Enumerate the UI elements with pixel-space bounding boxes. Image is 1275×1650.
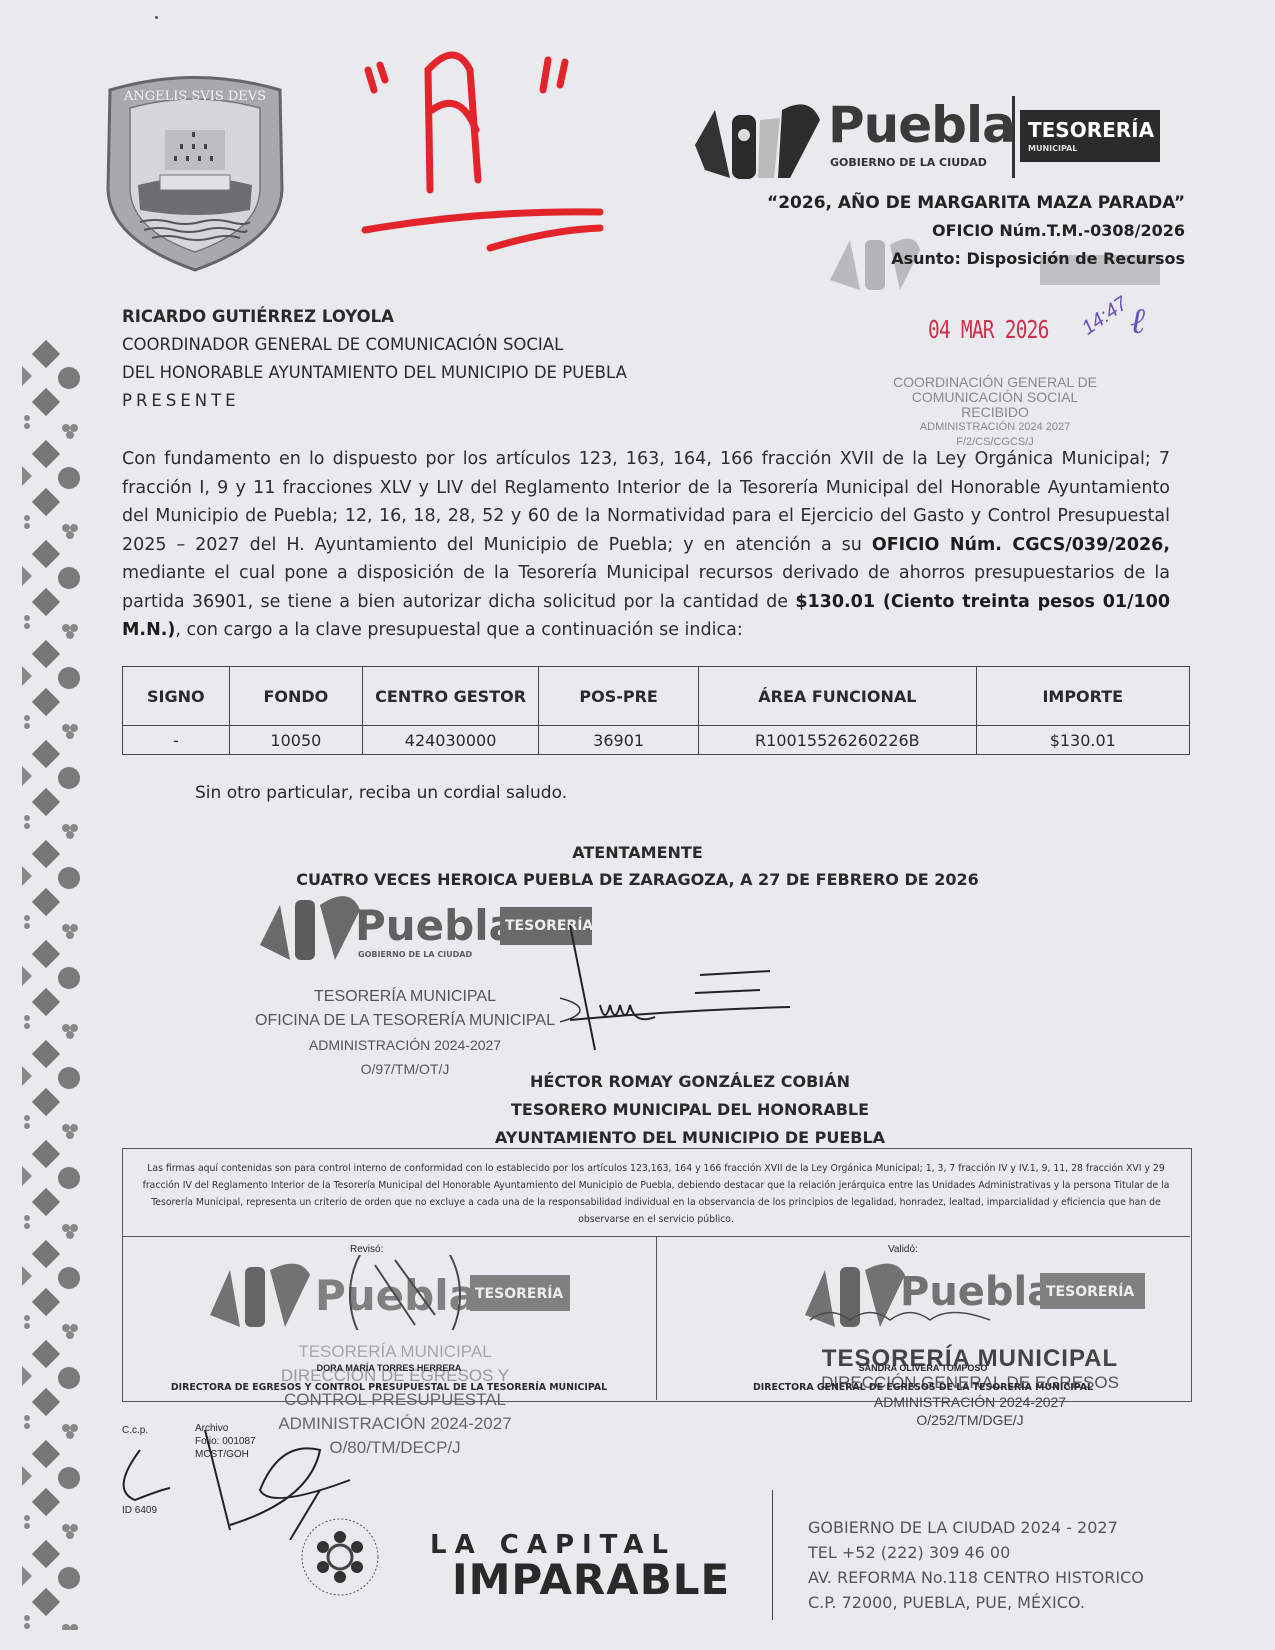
oficio-number: OFICIO Núm.T.M.-0308/2026: [932, 221, 1185, 240]
col-fondo: FONDO: [229, 667, 362, 726]
handwritten-a-mark: [360, 50, 610, 270]
received-stamp-line3: RECIBIDO: [870, 405, 1120, 420]
validator-stamp-line3: ADMINISTRACIÓN 2024-2027: [800, 1393, 1140, 1411]
col-importe: IMPORTE: [976, 667, 1189, 726]
body-text-part3: , con cargo a la clave presupuestal que …: [175, 620, 742, 640]
svg-text:Puebla: Puebla: [900, 1269, 1054, 1315]
decorative-border-pattern: [22, 340, 84, 1630]
scan-speck: [155, 16, 158, 19]
puebla-tesoreria-logo: Puebla GOBIERNO DE LA CIUDAD TESORERÍA M…: [690, 90, 1160, 182]
cell-pos-pre: 36901: [539, 726, 699, 755]
validator-stamp-logo: Puebla TESORERÍA: [800, 1255, 1150, 1330]
reviewer-stamp-line1: TESORERÍA MUNICIPAL: [255, 1340, 535, 1364]
svg-text:TESORERÍA: TESORERÍA: [475, 1285, 563, 1302]
cell-importe: $130.01: [976, 726, 1189, 755]
logo-city-name: Puebla: [828, 96, 1015, 154]
atentamente-label: ATENTAMENTE: [0, 843, 1275, 862]
col-area-funcional: ÁREA FUNCIONAL: [699, 667, 976, 726]
svg-text:GOBIERNO DE LA CIUDAD: GOBIERNO DE LA CIUDAD: [358, 950, 472, 959]
col-pos-pre: POS-PRE: [539, 667, 699, 726]
validator-stamp-line4: O/252/TM/DGE/J: [800, 1411, 1140, 1429]
reviewer-name: DORA MARÍA TORRES HERRERA: [122, 1363, 656, 1373]
city-icon-logo-mark: [690, 90, 825, 182]
footer-postal-code: C.P. 72000, PUEBLA, PUE, MÉXICO.: [808, 1590, 1144, 1615]
slogan-bottom: IMPARABLE: [452, 1555, 730, 1604]
treasury-office-seal: TESORERÍA MUNICIPAL OFICINA DE LA TESORE…: [255, 985, 555, 1081]
tesoreria-badge-title: TESORERÍA: [1020, 110, 1160, 142]
footer-contact: GOBIERNO DE LA CIUDAD 2024 - 2027 TEL +5…: [808, 1515, 1144, 1615]
year-motto: “2026, AÑO DE MARGARITA MAZA PARADA”: [767, 193, 1185, 213]
recipient-title-line2: DEL HONORABLE AYUNTAMIENTO DEL MUNICIPIO…: [122, 359, 627, 387]
svg-text:TESORERÍA: TESORERÍA: [1046, 1283, 1134, 1300]
recipient-present: PRESENTE: [122, 387, 627, 415]
footer-phone: TEL +52 (222) 309 46 00: [808, 1540, 1144, 1565]
footer-address: AV. REFORMA No.118 CENTRO HISTORICO: [808, 1565, 1144, 1590]
footer-divider: [772, 1490, 773, 1620]
footer-government: GOBIERNO DE LA CIUDAD 2024 - 2027: [808, 1515, 1144, 1540]
equality-certification-seal: [298, 1515, 382, 1599]
received-date-stamp: 04 MAR 2026: [928, 315, 1049, 344]
recipient-title-line1: COORDINADOR GENERAL DE COMUNICACIÓN SOCI…: [122, 331, 627, 359]
validator-role: DIRECTORA GENERAL DE EGRESOS DE LA TESOR…: [656, 1382, 1190, 1393]
logo-city-subtitle: GOBIERNO DE LA CIUDAD: [830, 156, 987, 169]
logo-divider: [1012, 96, 1015, 178]
cell-area-funcional: R10015526260226B: [699, 726, 976, 755]
cell-centro-gestor: 424030000: [363, 726, 539, 755]
recipient-block: RICARDO GUTIÉRREZ LOYOLA COORDINADOR GEN…: [122, 303, 627, 415]
col-signo: SIGNO: [123, 667, 230, 726]
legal-disclaimer: Las firmas aquí contenidas son para cont…: [132, 1160, 1180, 1228]
tesoreria-badge-subtitle: MUNICIPAL: [1020, 142, 1160, 153]
received-stamp-line4: ADMINISTRACIÓN 2024 2027: [870, 420, 1120, 435]
body-paragraph: Con fundamento en lo dispuesto por los a…: [122, 445, 1170, 645]
reviewed-by-label: Revisó:: [350, 1244, 383, 1255]
reviewer-role: DIRECTORA DE EGRESOS Y CONTROL PRESUPUES…: [122, 1382, 656, 1393]
col-centro-gestor: CENTRO GESTOR: [363, 667, 539, 726]
signer-block: HÉCTOR ROMAY GONZÁLEZ COBIÁN TESORERO MU…: [420, 1068, 960, 1152]
review-column-divider: [656, 1236, 657, 1400]
signer-title-line1: TESORERO MUNICIPAL DEL HONORABLE: [420, 1096, 960, 1124]
referenced-oficio: OFICIO Núm. CGCS/039/2026,: [872, 535, 1170, 555]
received-stamp-line1: COORDINACIÓN GENERAL DE: [870, 375, 1120, 390]
treasury-stamp-logo: Puebla GOBIERNO DE LA CIUDAD TESORERÍA: [255, 885, 595, 965]
subject-line: Asunto: Disposición de Recursos: [891, 249, 1185, 268]
budget-key-table: SIGNO FONDO CENTRO GESTOR POS-PRE ÁREA F…: [122, 666, 1190, 755]
tesoreria-badge: TESORERÍA MUNICIPAL: [1020, 110, 1160, 162]
received-stamp: COORDINACIÓN GENERAL DE COMUNICACIÓN SOC…: [870, 375, 1120, 450]
handwritten-initial: ℓ: [1130, 300, 1145, 342]
table-header-row: SIGNO FONDO CENTRO GESTOR POS-PRE ÁREA F…: [123, 667, 1190, 726]
handwritten-initials: [110, 1430, 470, 1540]
document-page: { "header": { "logo_city": "Puebla", "lo…: [0, 0, 1275, 1650]
treasury-seal-line2: OFICINA DE LA TESORERÍA MUNICIPAL: [255, 1009, 555, 1033]
reviewer-stamp-logo: Puebla TESORERÍA: [205, 1255, 575, 1330]
recipient-name: RICARDO GUTIÉRREZ LOYOLA: [122, 303, 627, 331]
cell-fondo: 10050: [229, 726, 362, 755]
validator-name: SANDRA OLIVERA TOMPOSO: [656, 1363, 1190, 1373]
city-crest-emblem: ANGELIS SVIS DEVS: [100, 70, 290, 275]
closing-greeting: Sin otro particular, reciba un cordial s…: [195, 783, 567, 803]
signer-name: HÉCTOR ROMAY GONZÁLEZ COBIÁN: [420, 1068, 960, 1096]
treasury-seal-line1: TESORERÍA MUNICIPAL: [255, 985, 555, 1009]
treasury-seal-line3: ADMINISTRACIÓN 2024-2027: [255, 1033, 555, 1057]
treasurer-signature: [560, 925, 840, 1055]
handwritten-received-time: 14:47: [1078, 293, 1132, 341]
svg-text:Puebla: Puebla: [355, 901, 517, 950]
table-row: - 10050 424030000 36901 R10015526260226B…: [123, 726, 1190, 755]
cell-signo: -: [123, 726, 230, 755]
svg-text:ANGELIS SVIS DEVS: ANGELIS SVIS DEVS: [123, 89, 266, 104]
validated-by-label: Validó:: [888, 1244, 918, 1255]
received-stamp-line2: COMUNICACIÓN SOCIAL: [870, 390, 1120, 405]
